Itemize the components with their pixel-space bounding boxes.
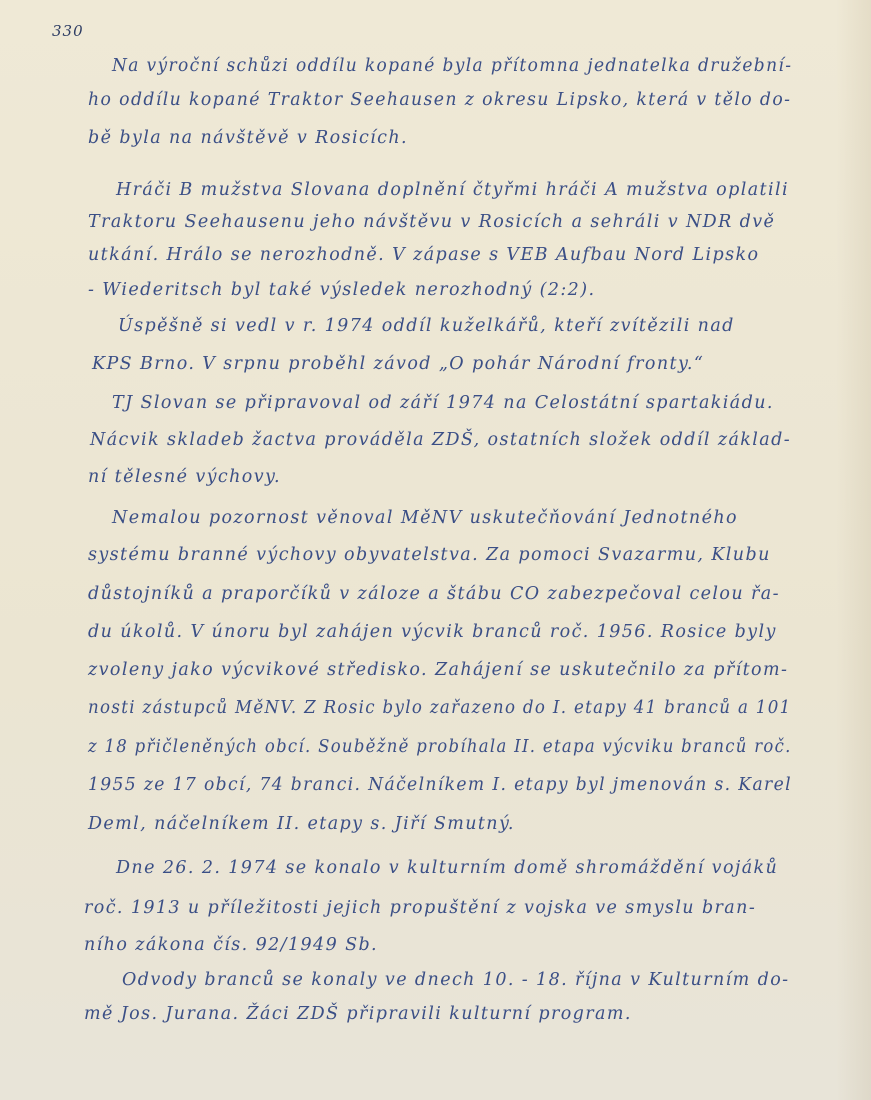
text-line: Dne 26. 2. 1974 se konalo v kulturním do… — [116, 858, 778, 878]
text-line: Traktoru Seehausenu jeho návštěvu v Rosi… — [88, 212, 775, 232]
text-line: Nemalou pozornost věnoval MěNV uskutečňo… — [112, 508, 738, 528]
text-line: 1955 ze 17 obcí, 74 branci. Náčelníkem I… — [88, 775, 792, 795]
text-line: mě Jos. Jurana. Žáci ZDŠ připravili kult… — [84, 1004, 632, 1024]
text-line: utkání. Hrálo se nerozhodně. V zápase s … — [88, 245, 759, 265]
text-line: ní tělesné výchovy. — [88, 467, 281, 487]
text-line: du úkolů. V únoru byl zahájen výcvik bra… — [88, 622, 777, 642]
text-line: z 18 přičleněných obcí. Souběžně probíha… — [88, 737, 792, 757]
text-line: Úspěšně si vedl v r. 1974 oddíl kuželkář… — [118, 316, 735, 336]
text-line: Na výroční schůzi oddílu kopané byla pří… — [112, 56, 774, 76]
text-line: nosti zástupců MěNV. Z Rosic bylo zařaze… — [88, 698, 792, 718]
text-line: Deml, náčelníkem II. etapy s. Jiří Smutn… — [88, 814, 515, 834]
text-line: ho oddílu kopané Traktor Seehausen z okr… — [88, 90, 783, 110]
text-line: bě byla na návštěvě v Rosicích. — [88, 128, 408, 148]
text-line: Nácvik skladeb žactva prováděla ZDŠ, ost… — [90, 430, 791, 450]
text-line: TJ Slovan se připravoval od září 1974 na… — [112, 393, 774, 413]
page-number: 330 — [52, 22, 84, 40]
text-line: Odvody branců se konaly ve dnech 10. - 1… — [122, 970, 789, 990]
text-line: ního zákona čís. 92/1949 Sb. — [84, 935, 378, 955]
text-line: KPS Brno. V srpnu proběhl závod „O pohár… — [92, 354, 704, 374]
text-line: roč. 1913 u příležitosti jejich propuště… — [84, 898, 756, 918]
text-line: Hráči B mužstva Slovana doplnění čtyřmi … — [116, 180, 789, 200]
text-line: systému branné výchovy obyvatelstva. Za … — [88, 545, 771, 565]
text-line: zvoleny jako výcvikové středisko. Zaháje… — [88, 660, 788, 680]
text-line: - Wiederitsch byl také výsledek nerozhod… — [88, 280, 595, 300]
handwritten-chronicle-page: 330 Na výroční schůzi oddílu kopané byla… — [0, 0, 871, 1100]
text-line: důstojníků a praporčíků v záloze a štábu… — [88, 584, 780, 604]
